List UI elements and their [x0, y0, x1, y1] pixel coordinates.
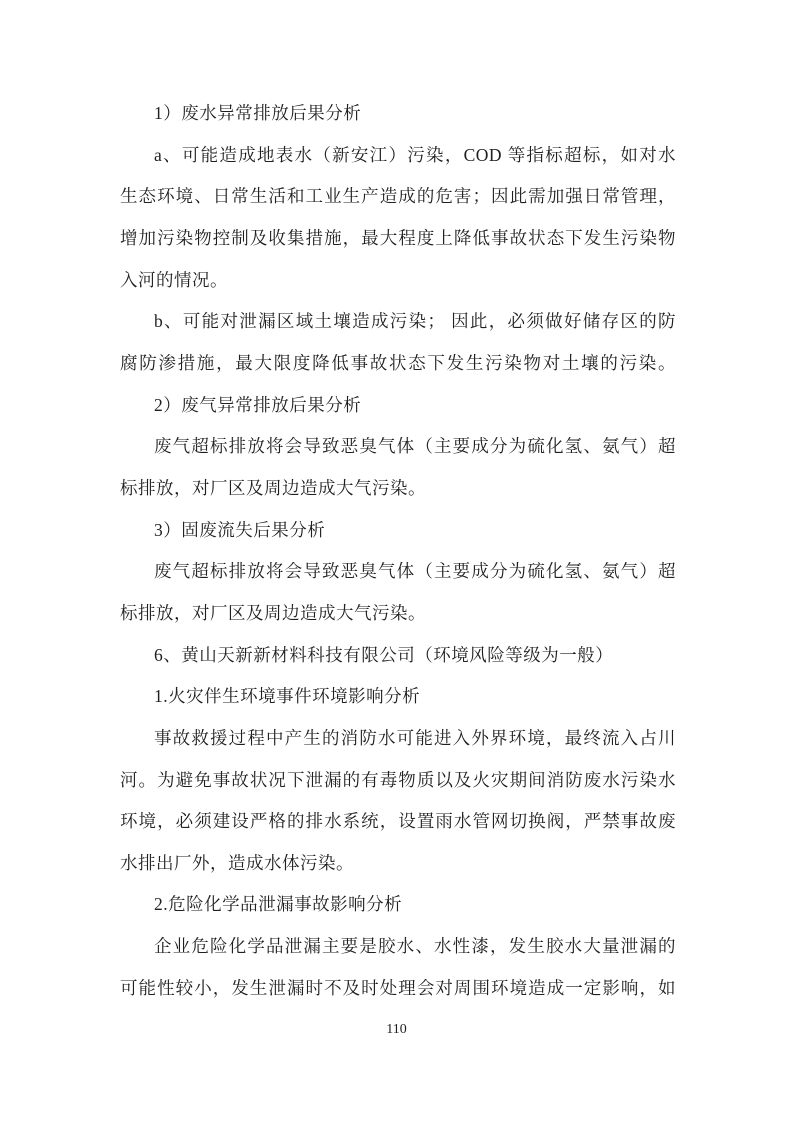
paragraph-line: 标排放，对厂区及周边造成大气污染。: [120, 468, 676, 510]
paragraph-line: 入河的情况。: [120, 260, 676, 302]
heading-chemical-leak-analysis: 2.危险化学品泄漏事故影响分析: [120, 884, 676, 926]
paragraph-line: a、可能造成地表水（新安江）污染，COD 等指标超标，如对水: [120, 135, 676, 177]
paragraph-line: 增加污染物控制及收集措施，最大程度上降低事故状态下发生污染物: [120, 218, 676, 260]
paragraph-line: 可能性较小，发生泄漏时不及时处理会对周围环境造成一定影响，如: [120, 968, 676, 1010]
paragraph-line: 标排放，对厂区及周边造成大气污染。: [120, 593, 676, 635]
paragraph-line: 生态环境、日常生活和工业生产造成的危害；因此需加强日常管理，: [120, 176, 676, 218]
paragraph-line: 环境，必须建设严格的排水系统，设置雨水管网切换阀，严禁事故废: [120, 801, 676, 843]
paragraph-line: 河。为避免事故状况下泄漏的有毒物质以及火灾期间消防废水污染水: [120, 760, 676, 802]
page-number: 110: [0, 1022, 793, 1038]
paragraph-line: 事故救援过程中产生的消防水可能进入外界环境，最终流入占川: [120, 718, 676, 760]
heading-wastewater-analysis: 1）废水异常排放后果分析: [120, 93, 676, 135]
paragraph-line: 腐防渗措施，最大限度降低事故状态下发生污染物对土壤的污染。: [120, 343, 676, 385]
paragraph-line: 水排出厂外，造成水体污染。: [120, 843, 676, 885]
heading-solidwaste-analysis: 3）固废流失后果分析: [120, 510, 676, 552]
heading-company-6: 6、黄山天新新材料科技有限公司（环境风险等级为一般）: [120, 635, 676, 677]
heading-fire-impact-analysis: 1.火灾伴生环境事件环境影响分析: [120, 676, 676, 718]
document-body: 1）废水异常排放后果分析 a、可能造成地表水（新安江）污染，COD 等指标超标，…: [120, 93, 676, 1009]
paragraph-line: 废气超标排放将会导致恶臭气体（主要成分为硫化氢、氨气）超: [120, 426, 676, 468]
paragraph-line: 企业危险化学品泄漏主要是胶水、水性漆，发生胶水大量泄漏的: [120, 926, 676, 968]
document-page: 1）废水异常排放后果分析 a、可能造成地表水（新安江）污染，COD 等指标超标，…: [0, 0, 793, 1122]
heading-wastegas-analysis: 2）废气异常排放后果分析: [120, 385, 676, 427]
paragraph-line: 废气超标排放将会导致恶臭气体（主要成分为硫化氢、氨气）超: [120, 551, 676, 593]
paragraph-line: b、可能对泄漏区域土壤造成污染； 因此，必须做好储存区的防: [120, 301, 676, 343]
